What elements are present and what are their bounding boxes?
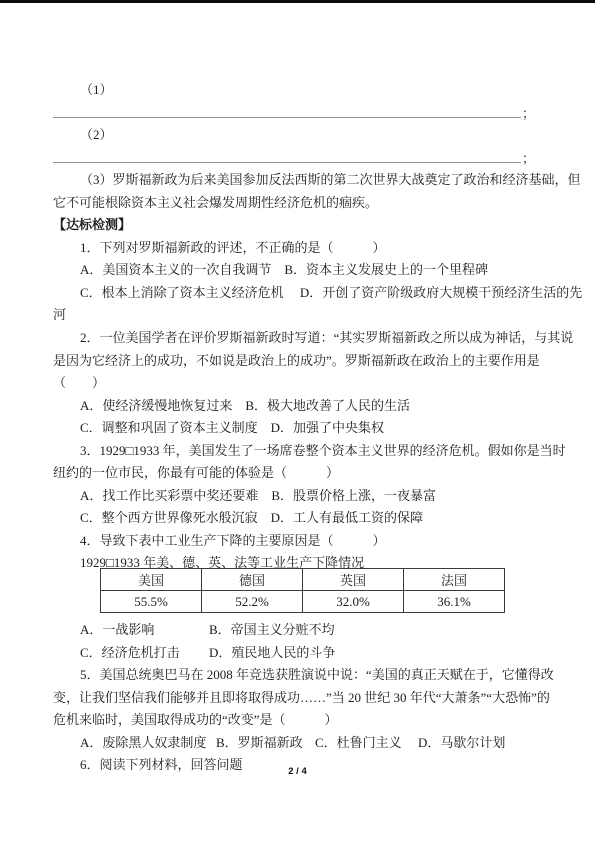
question-4-option-a: A．一战影响 xyxy=(80,619,209,642)
question-4-options-ab: A．一战影响B．帝国主义分赃不均 xyxy=(53,619,542,642)
question-2-options-cd: C．调整和巩固了资本主义制度 D．加强了中央集权 xyxy=(53,417,542,440)
question-2-text-line-2: 是因为它经济上的成功，不如说是政治上的成功”。罗斯福新政在政治上的主要作用是 xyxy=(53,350,542,373)
page-number: 2 / 4 xyxy=(0,766,595,777)
question-2-answer-parens: （ ） xyxy=(53,372,542,395)
table-value-britain: 32.0% xyxy=(303,591,404,613)
question-5-text-line-1: 5．美国总统奥巴马在 2008 年竞选获胜演说中说：“美国的真正天赋在于，它懂得… xyxy=(53,664,542,687)
question-3-options-cd: C．整个西方世界像死水般沉寂 D．工人有最低工资的保障 xyxy=(53,507,542,530)
question-3-text-line-2: 纽约的一位市民，你最有可能的体验是（ ） xyxy=(53,462,542,485)
answer-item-1-label: （1） xyxy=(53,79,542,102)
question-1-options-ab: A．美国资本主义的一次自我调节 B．资本主义发展史上的一个里程碑 xyxy=(53,259,542,282)
document-page: （1） ； （2） ； （3）罗斯福新政为后来美国参加反法西斯的第二次世界大战奠… xyxy=(0,0,595,841)
question-5-options: A．废除黑人奴隶制度B．罗斯福新政C．杜鲁门主义D．马歇尔计划 xyxy=(53,732,542,755)
blank-trailing-semicolon: ； xyxy=(522,151,535,166)
section-heading: 【达标检测】 xyxy=(53,214,542,237)
question-5-option-b: B．罗斯福新政 xyxy=(216,732,315,755)
question-2-text-line-1: 2．一位美国学者在评价罗斯福新政时写道：“其实罗斯福新政之所以成为神话，与其说 xyxy=(53,327,542,350)
question-5-option-d: D．马歇尔计划 xyxy=(418,735,505,750)
document-content: （1） ； （2） ； （3）罗斯福新政为后来美国参加反法西斯的第二次世界大战奠… xyxy=(53,79,542,777)
question-1-text: 1．下列对罗斯福新政的评述，不正确的是（ ） xyxy=(53,237,542,260)
blank-trailing-semicolon: ； xyxy=(522,106,535,121)
fill-in-blank-underline xyxy=(53,147,521,163)
table-value-row: 55.5% 52.2% 32.0% 36.1% xyxy=(101,591,505,613)
question-5-text-line-2: 变，让我们坚信我们能够并且即将取得成功……”当 20 世纪 30 年代“大萧条”… xyxy=(53,687,542,710)
answer-item-2-label: （2） xyxy=(53,124,542,147)
question-3-text-line-1: 3．1929□1933 年，美国发生了一场席卷整个资本主义世界的经济危机。假如你… xyxy=(53,440,542,463)
question-4-option-c: C．经济危机打击 xyxy=(80,642,209,665)
table-value-france: 36.1% xyxy=(404,591,505,613)
question-4-text: 4．导致下表中工业生产下降的主要原因是（ ） xyxy=(53,530,542,553)
table-value-germany: 52.2% xyxy=(202,591,303,613)
question-5-option-c: C．杜鲁门主义 xyxy=(315,732,418,755)
question-2-options-ab: A．使经济缓慢地恢复过来 B．极大地改善了人民的生活 xyxy=(53,395,542,418)
question-1-options-cd-wrap: 河 xyxy=(53,304,542,327)
answer-blank-line-1: ； xyxy=(53,102,542,125)
answer-item-3-line-2: 它不可能根除资本主义社会爆发周期性经济危机的痼疾。 xyxy=(53,192,542,215)
answer-item-3-line-1: （3）罗斯福新政为后来美国参加反法西斯的第二次世界大战奠定了政治和经济基础，但 xyxy=(53,169,542,192)
question-5-text-line-3: 危机来临时，美国取得成功的“改变”是（ ） xyxy=(53,709,542,732)
table-value-usa: 55.5% xyxy=(101,591,202,613)
question-4-option-d: D．殖民地人民的斗争 xyxy=(209,645,335,660)
question-3-options-ab: A．找工作比买彩票中奖还要难 B．股票价格上涨，一夜暴富 xyxy=(53,485,542,508)
question-4-options-cd: C．经济危机打击D．殖民地人民的斗争 xyxy=(53,642,542,665)
question-5-option-a: A．废除黑人奴隶制度 xyxy=(80,732,216,755)
page-top-rule xyxy=(0,0,595,3)
question-4-option-b: B．帝国主义分赃不均 xyxy=(209,622,335,637)
table-header-france: 法国 xyxy=(404,569,505,591)
question-1-options-cd: C．根本上消除了资本主义经济危机 D．开创了资产阶级政府大规模干预经济生活的先 xyxy=(53,282,542,305)
answer-blank-line-2: ； xyxy=(53,147,542,170)
fill-in-blank-underline xyxy=(53,102,521,118)
